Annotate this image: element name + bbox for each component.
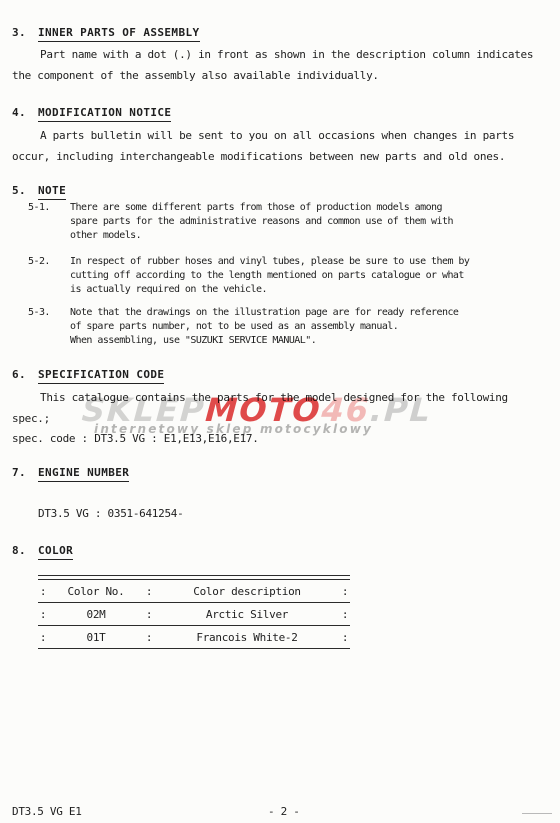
note-item-5-3: 5-3. Note that the drawings on the illus…	[28, 306, 548, 348]
section-number: 3.	[12, 26, 38, 39]
section-title: INNER PARTS OF ASSEMBLY	[38, 26, 200, 42]
paragraph-line: the component of the assembly also avail…	[12, 66, 552, 87]
column-separator: :	[144, 585, 154, 598]
note-item-5-2: 5-2. In respect of rubber hoses and viny…	[28, 255, 548, 297]
paragraph-line: A parts bulletin will be sent to you on …	[12, 126, 552, 147]
section-heading-note: 5.NOTE	[12, 184, 66, 197]
footer-model-code: DT3.5 VG E1	[12, 805, 82, 818]
section-heading-engine-number: 7.ENGINE NUMBER	[12, 466, 129, 479]
table-cell-color-description: Arctic Silver	[154, 608, 340, 621]
section-title: SPECIFICATION CODE	[38, 368, 164, 384]
column-header-color-description: Color description	[154, 585, 340, 598]
table-cell-color-no: 02M	[48, 608, 144, 621]
section-number: 5.	[12, 184, 38, 197]
engine-number-value: DT3.5 VG : 0351-641254-	[38, 507, 183, 520]
footer-page-number: - 2 -	[268, 805, 300, 818]
paragraph-line: occur, including interchangeable modific…	[12, 147, 552, 168]
note-item-label: 5-3.	[28, 306, 50, 320]
note-item-line: other models.	[70, 229, 548, 243]
column-separator: :	[340, 585, 350, 598]
table-cell-color-description: Francois White-2	[154, 631, 340, 644]
note-item-line: is actually required on the vehicle.	[70, 283, 548, 297]
column-separator: :	[144, 608, 154, 621]
column-separator: :	[38, 585, 48, 598]
column-separator: :	[340, 608, 350, 621]
note-item-label: 5-1.	[28, 201, 50, 215]
column-header-color-no: Color No.	[48, 585, 144, 598]
note-item-label: 5-2.	[28, 255, 50, 269]
section-number: 8.	[12, 544, 38, 557]
table-row: : 01T : Francois White-2 :	[38, 626, 350, 649]
section-number: 7.	[12, 466, 38, 479]
scan-artifact-mark	[522, 813, 552, 814]
note-item-line: When assembling, use "SUZUKI SERVICE MAN…	[70, 334, 548, 348]
table-header-row: : Color No. : Color description :	[38, 580, 350, 603]
section-heading-inner-parts: 3.INNER PARTS OF ASSEMBLY	[12, 26, 200, 39]
note-item-line: There are some different parts from thos…	[70, 201, 548, 215]
section-title: COLOR	[38, 544, 73, 560]
table-cell-color-no: 01T	[48, 631, 144, 644]
catalogue-page: 3.INNER PARTS OF ASSEMBLY Part name with…	[0, 0, 560, 823]
section-title: ENGINE NUMBER	[38, 466, 129, 482]
column-separator: :	[38, 631, 48, 644]
paragraph-line: Part name with a dot (.) in front as sho…	[12, 45, 552, 66]
section-6-paragraph: This catalogue contains the parts for th…	[12, 388, 552, 450]
section-heading-modification-notice: 4.MODIFICATION NOTICE	[12, 106, 171, 119]
section-number: 4.	[12, 106, 38, 119]
section-heading-specification-code: 6.SPECIFICATION CODE	[12, 368, 164, 381]
spec-code-line: spec. code : DT3.5 VG : E1,E13,E16,E17.	[12, 429, 552, 450]
paragraph-line: This catalogue contains the parts for th…	[12, 388, 552, 409]
color-table: : Color No. : Color description : : 02M …	[38, 575, 350, 649]
note-item-line: spare parts for the administrative reaso…	[70, 215, 548, 229]
note-item-line: Note that the drawings on the illustrati…	[70, 306, 548, 320]
section-3-paragraph: Part name with a dot (.) in front as sho…	[12, 45, 552, 86]
note-item-line: of spare parts number, not to be used as…	[70, 320, 548, 334]
section-title: NOTE	[38, 184, 66, 200]
section-title: MODIFICATION NOTICE	[38, 106, 171, 122]
section-number: 6.	[12, 368, 38, 381]
column-separator: :	[144, 631, 154, 644]
note-item-5-1: 5-1. There are some different parts from…	[28, 201, 548, 243]
section-4-paragraph: A parts bulletin will be sent to you on …	[12, 126, 552, 167]
table-row: : 02M : Arctic Silver :	[38, 603, 350, 626]
paragraph-line: spec.;	[12, 409, 552, 430]
section-heading-color: 8.COLOR	[12, 544, 73, 557]
column-separator: :	[38, 608, 48, 621]
note-item-line: cutting off according to the length ment…	[70, 269, 548, 283]
column-separator: :	[340, 631, 350, 644]
note-item-line: In respect of rubber hoses and vinyl tub…	[70, 255, 548, 269]
